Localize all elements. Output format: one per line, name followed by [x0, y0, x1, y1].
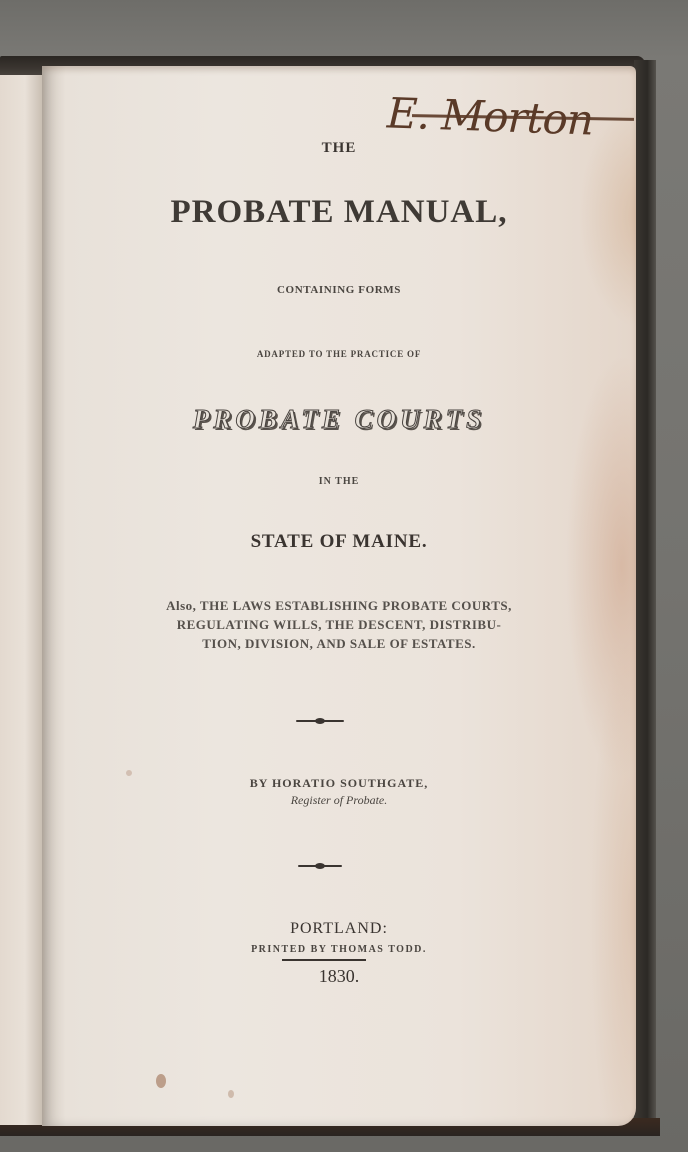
- subtitle-in-the: IN THE: [42, 476, 636, 487]
- book-cover-right-edge: [634, 60, 656, 1130]
- foxing-spot: [228, 1090, 234, 1098]
- heading-the: THE: [42, 140, 636, 157]
- title-page: E. Morton THE PROBATE MANUAL, CONTAINING…: [42, 66, 636, 1126]
- also-line: TION, DIVISION, AND SALE OF ESTATES.: [42, 634, 636, 653]
- also-line: REGULATING WILLS, THE DESCENT, DISTRIBU-: [42, 615, 636, 634]
- facing-page: [0, 75, 42, 1125]
- also-paragraph: Also, THE LAWS ESTABLISHING PROBATE COUR…: [42, 596, 636, 653]
- imprint-year: 1830.: [42, 966, 636, 987]
- subtitle-containing: CONTAINING FORMS: [42, 284, 636, 296]
- ornament-divider: [296, 720, 344, 722]
- book-title: PROBATE MANUAL,: [42, 194, 636, 231]
- author-line: BY HORATIO SOUTHGATE,: [42, 776, 636, 791]
- imprint-rule: [282, 959, 366, 961]
- also-line: Also, THE LAWS ESTABLISHING PROBATE COUR…: [42, 596, 636, 615]
- subtitle-adapted: ADAPTED TO THE PRACTICE OF: [42, 349, 636, 359]
- imprint-place: PORTLAND:: [42, 920, 636, 938]
- foxing-spot: [126, 770, 132, 776]
- imprint-printer: PRINTED BY THOMAS TODD.: [42, 944, 636, 955]
- foxing-spot: [156, 1074, 166, 1088]
- state-name: STATE OF MAINE.: [42, 531, 636, 553]
- ornament-divider: [298, 865, 342, 867]
- author-title: Register of Probate.: [42, 793, 636, 808]
- handwritten-signature: E. Morton: [386, 88, 594, 144]
- decorative-title: PROBATE COURTS: [42, 404, 636, 435]
